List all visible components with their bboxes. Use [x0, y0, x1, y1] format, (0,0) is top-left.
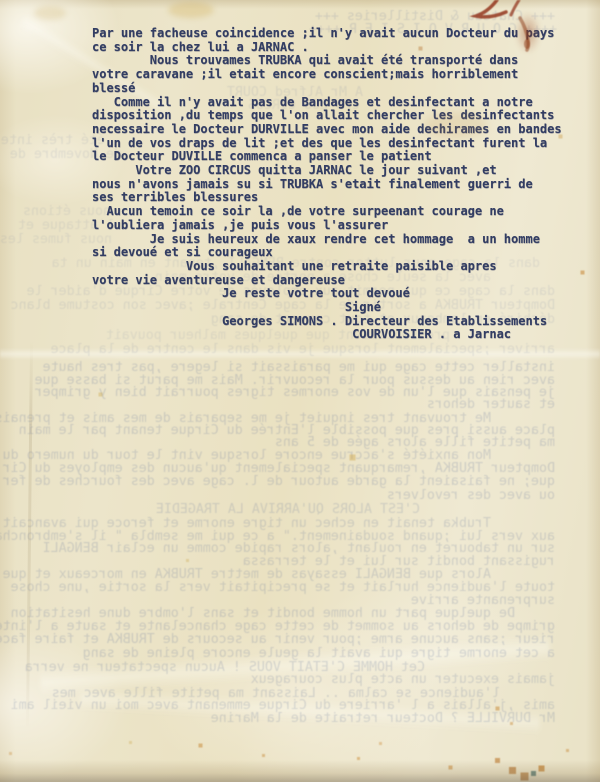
letter-page: +++ Chateau & Distilleries +++++++ C O U… [0, 0, 600, 782]
red-ink-mark [0, 0, 600, 782]
rust-speckles [0, 0, 1, 1]
